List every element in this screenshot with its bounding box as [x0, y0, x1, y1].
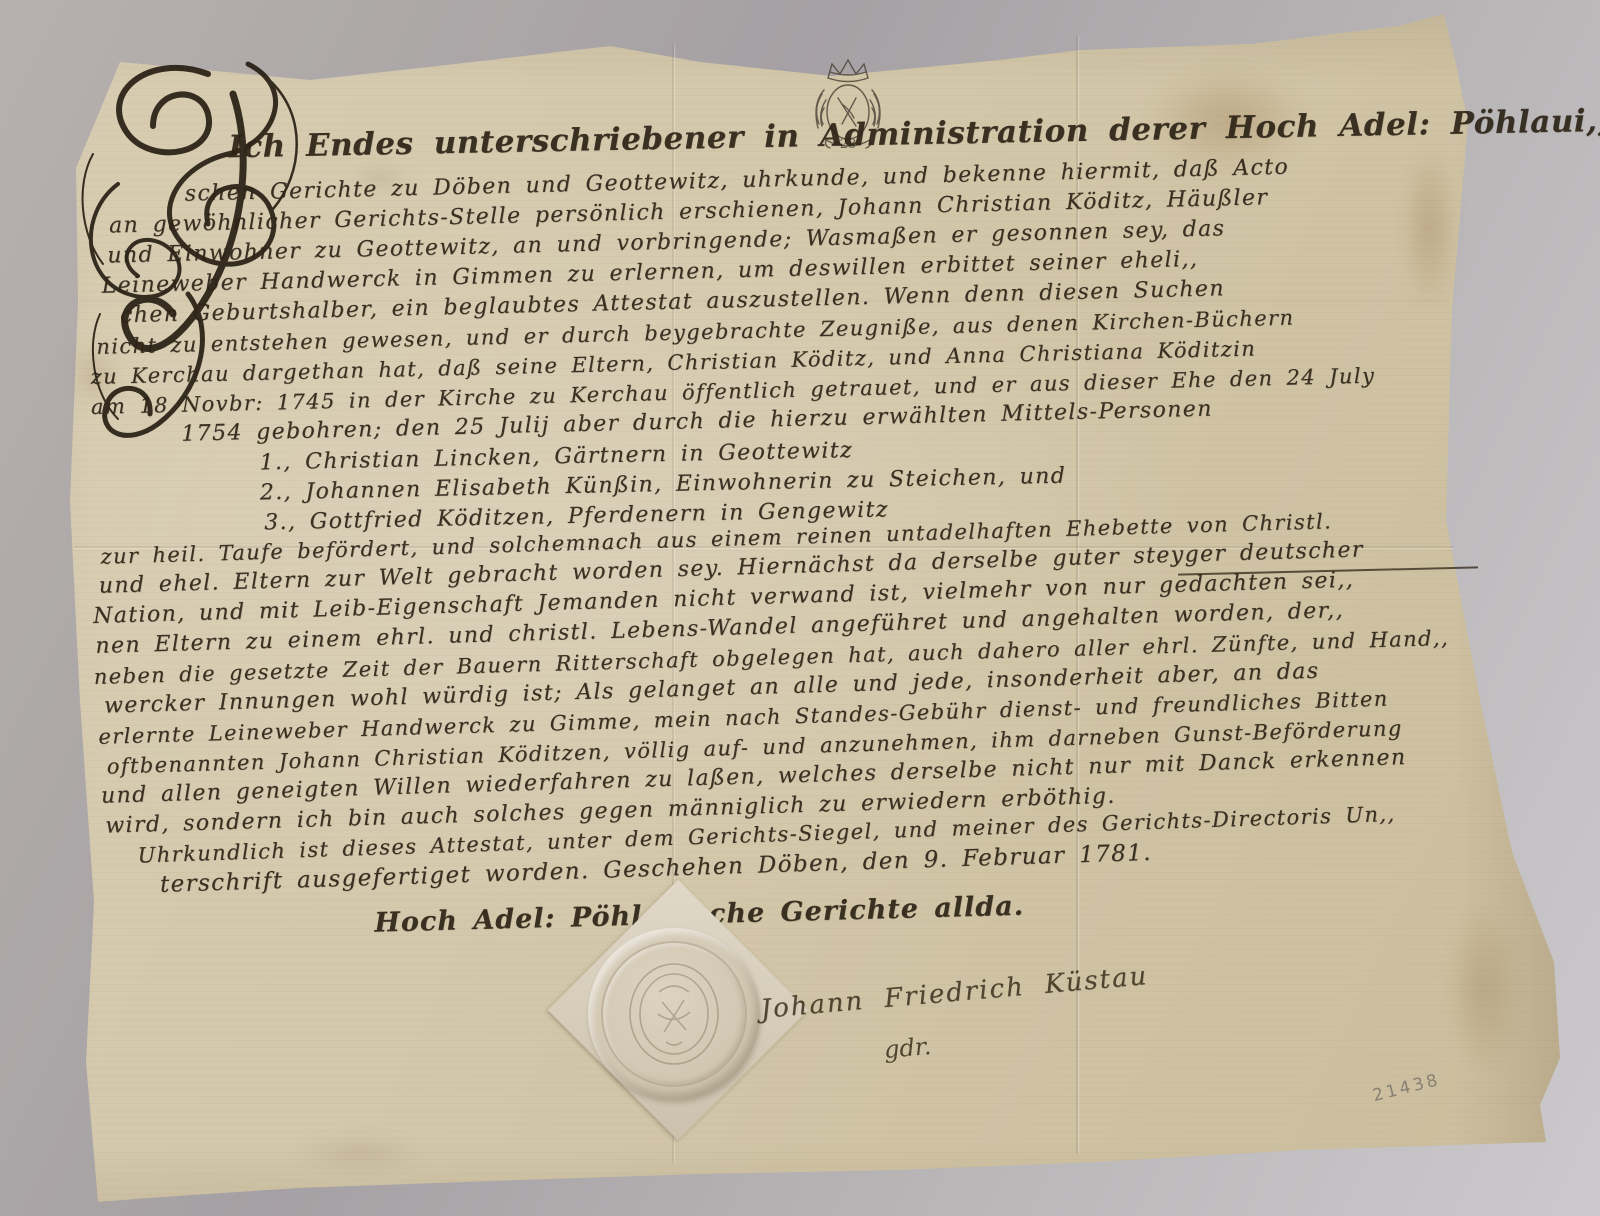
seal-crest-icon [614, 952, 734, 1076]
document-photo: 28 Ich Endes unterschriebener in Adminis… [0, 0, 1600, 1216]
signature-suffix: gdr. [883, 1032, 932, 1064]
manuscript-text: Ich Endes unterschriebener in Administra… [88, 107, 1487, 954]
foxing-stain [270, 1130, 450, 1176]
